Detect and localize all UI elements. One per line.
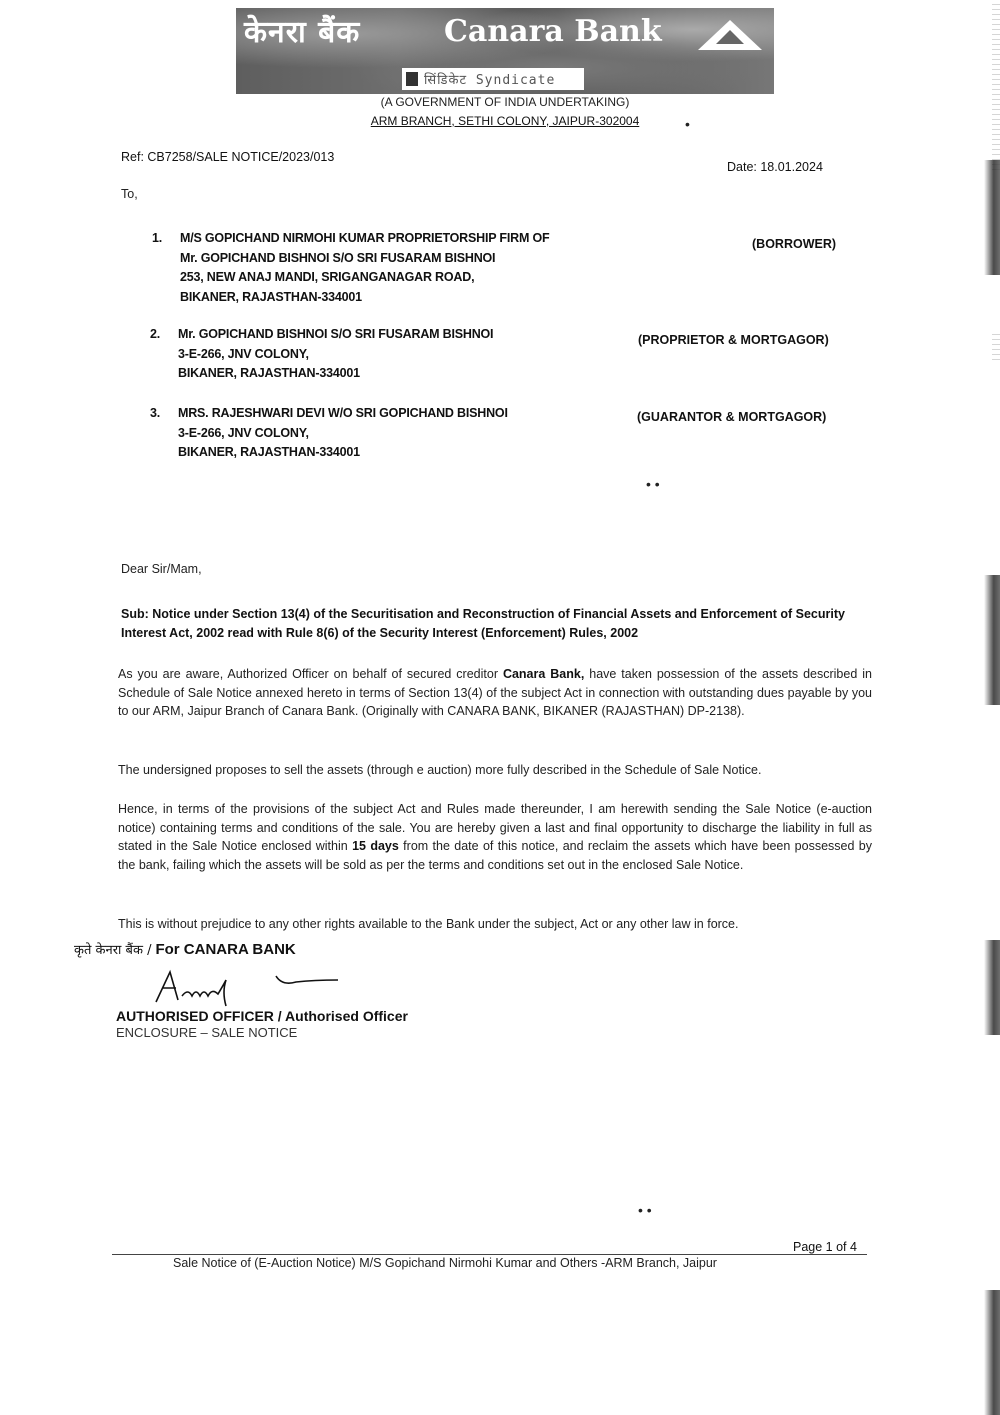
addressee-line: Mr. GOPICHAND BISHNOI S/O SRI FUSARAM BI…	[180, 249, 549, 269]
paragraph-text: As you are aware, Authorized Officer on …	[118, 667, 503, 681]
reference-number: Ref: CB7258/SALE NOTICE/2023/013	[121, 150, 334, 164]
for-canara-bank: कृते केनरा बैंक /For CANARA BANK	[74, 940, 296, 958]
paragraph-possession: As you are aware, Authorized Officer on …	[118, 665, 872, 721]
scan-artifact	[984, 160, 1000, 275]
role-guarantor-mortgagor: (GUARANTOR & MORTGAGOR)	[637, 410, 826, 424]
addressee-line: BIKANER, RAJASTHAN-334001	[178, 443, 508, 463]
addressee-line: M/S GOPICHAND NIRMOHI KUMAR PROPRIETORSH…	[180, 229, 549, 249]
footer-divider	[112, 1254, 867, 1255]
syndicate-logo: सिंडिकेट Syndicate	[402, 68, 584, 90]
addressee-line: Mr. GOPICHAND BISHNOI S/O SRI FUSARAM BI…	[178, 325, 493, 345]
scan-mark: •	[685, 116, 690, 132]
scan-mark: • •	[646, 476, 660, 492]
deadline-bold: 15 days	[352, 839, 399, 853]
addressee-number: 3.	[150, 404, 160, 424]
scan-artifact	[984, 940, 1000, 1035]
scan-mark: • •	[638, 1202, 652, 1218]
govt-undertaking-line: (A GOVERNMENT OF INDIA UNDERTAKING)	[0, 95, 1000, 109]
addressee-line: 3-E-266, JNV COLONY,	[178, 345, 493, 365]
addressee-line: BIKANER, RAJASTHAN-334001	[178, 364, 493, 384]
addressee-line: MRS. RAJESHWARI DEVI W/O SRI GOPICHAND B…	[178, 404, 508, 424]
branch-address-text: ARM BRANCH, SETHI COLONY, JAIPUR-302004	[371, 114, 640, 128]
role-proprietor-mortgagor: (PROPRIETOR & MORTGAGOR)	[638, 333, 829, 347]
bank-name-hindi: केनरा बैंक	[244, 10, 360, 51]
scan-artifact	[984, 575, 1000, 705]
addressee-guarantor: 3. MRS. RAJESHWARI DEVI W/O SRI GOPICHAN…	[178, 404, 508, 463]
syndicate-logo-text: सिंडिकेट Syndicate	[424, 70, 555, 88]
authorised-officer-title: AUTHORISED OFFICER / Authorised Officer	[116, 1008, 408, 1024]
subject-line: Sub: Notice under Section 13(4) of the S…	[121, 605, 873, 643]
for-canara-english: For CANARA BANK	[155, 941, 295, 958]
page-number: Page 1 of 4	[793, 1240, 857, 1254]
paragraph-proposal: The undersigned proposes to sell the ass…	[118, 761, 872, 780]
addressee-number: 2.	[150, 325, 160, 345]
letter-date: Date: 18.01.2024	[727, 160, 823, 174]
paragraph-prejudice: This is without prejudice to any other r…	[118, 915, 872, 934]
syndicate-icon	[406, 72, 418, 86]
letterhead-banner: केनरा बैंक Canara Bank सिंडिकेट Syndicat…	[236, 8, 774, 94]
footer-text: Sale Notice of (E-Auction Notice) M/S Go…	[173, 1256, 717, 1270]
for-canara-hindi: कृते केनरा बैंक /	[74, 943, 151, 958]
addressee-proprietor: 2. Mr. GOPICHAND BISHNOI S/O SRI FUSARAM…	[178, 325, 493, 384]
scan-artifact	[992, 330, 1000, 360]
role-borrower: (BORROWER)	[752, 237, 836, 251]
addressee-line: 253, NEW ANAJ MANDI, SRIGANGANAGAR ROAD,	[180, 268, 549, 288]
to-label: To,	[121, 187, 138, 201]
branch-address: ARM BRANCH, SETHI COLONY, JAIPUR-302004	[0, 114, 1000, 128]
enclosure-note: ENCLOSURE – SALE NOTICE	[116, 1025, 297, 1040]
scan-artifact	[992, 0, 1000, 170]
addressee-number: 1.	[152, 229, 162, 249]
paragraph-notice: Hence, in terms of the provisions of the…	[118, 800, 872, 874]
canara-triangle-logo-icon	[698, 20, 762, 50]
bank-name: Canara Bank	[444, 14, 662, 49]
addressee-borrower: 1. M/S GOPICHAND NIRMOHI KUMAR PROPRIETO…	[180, 229, 549, 307]
addressee-line: BIKANER, RAJASTHAN-334001	[180, 288, 549, 308]
handwritten-signature-icon	[148, 968, 348, 1008]
bank-name-bold: Canara Bank,	[503, 667, 584, 681]
addressee-line: 3-E-266, JNV COLONY,	[178, 424, 508, 444]
salutation: Dear Sir/Mam,	[121, 562, 202, 576]
scan-artifact	[984, 1290, 1000, 1415]
